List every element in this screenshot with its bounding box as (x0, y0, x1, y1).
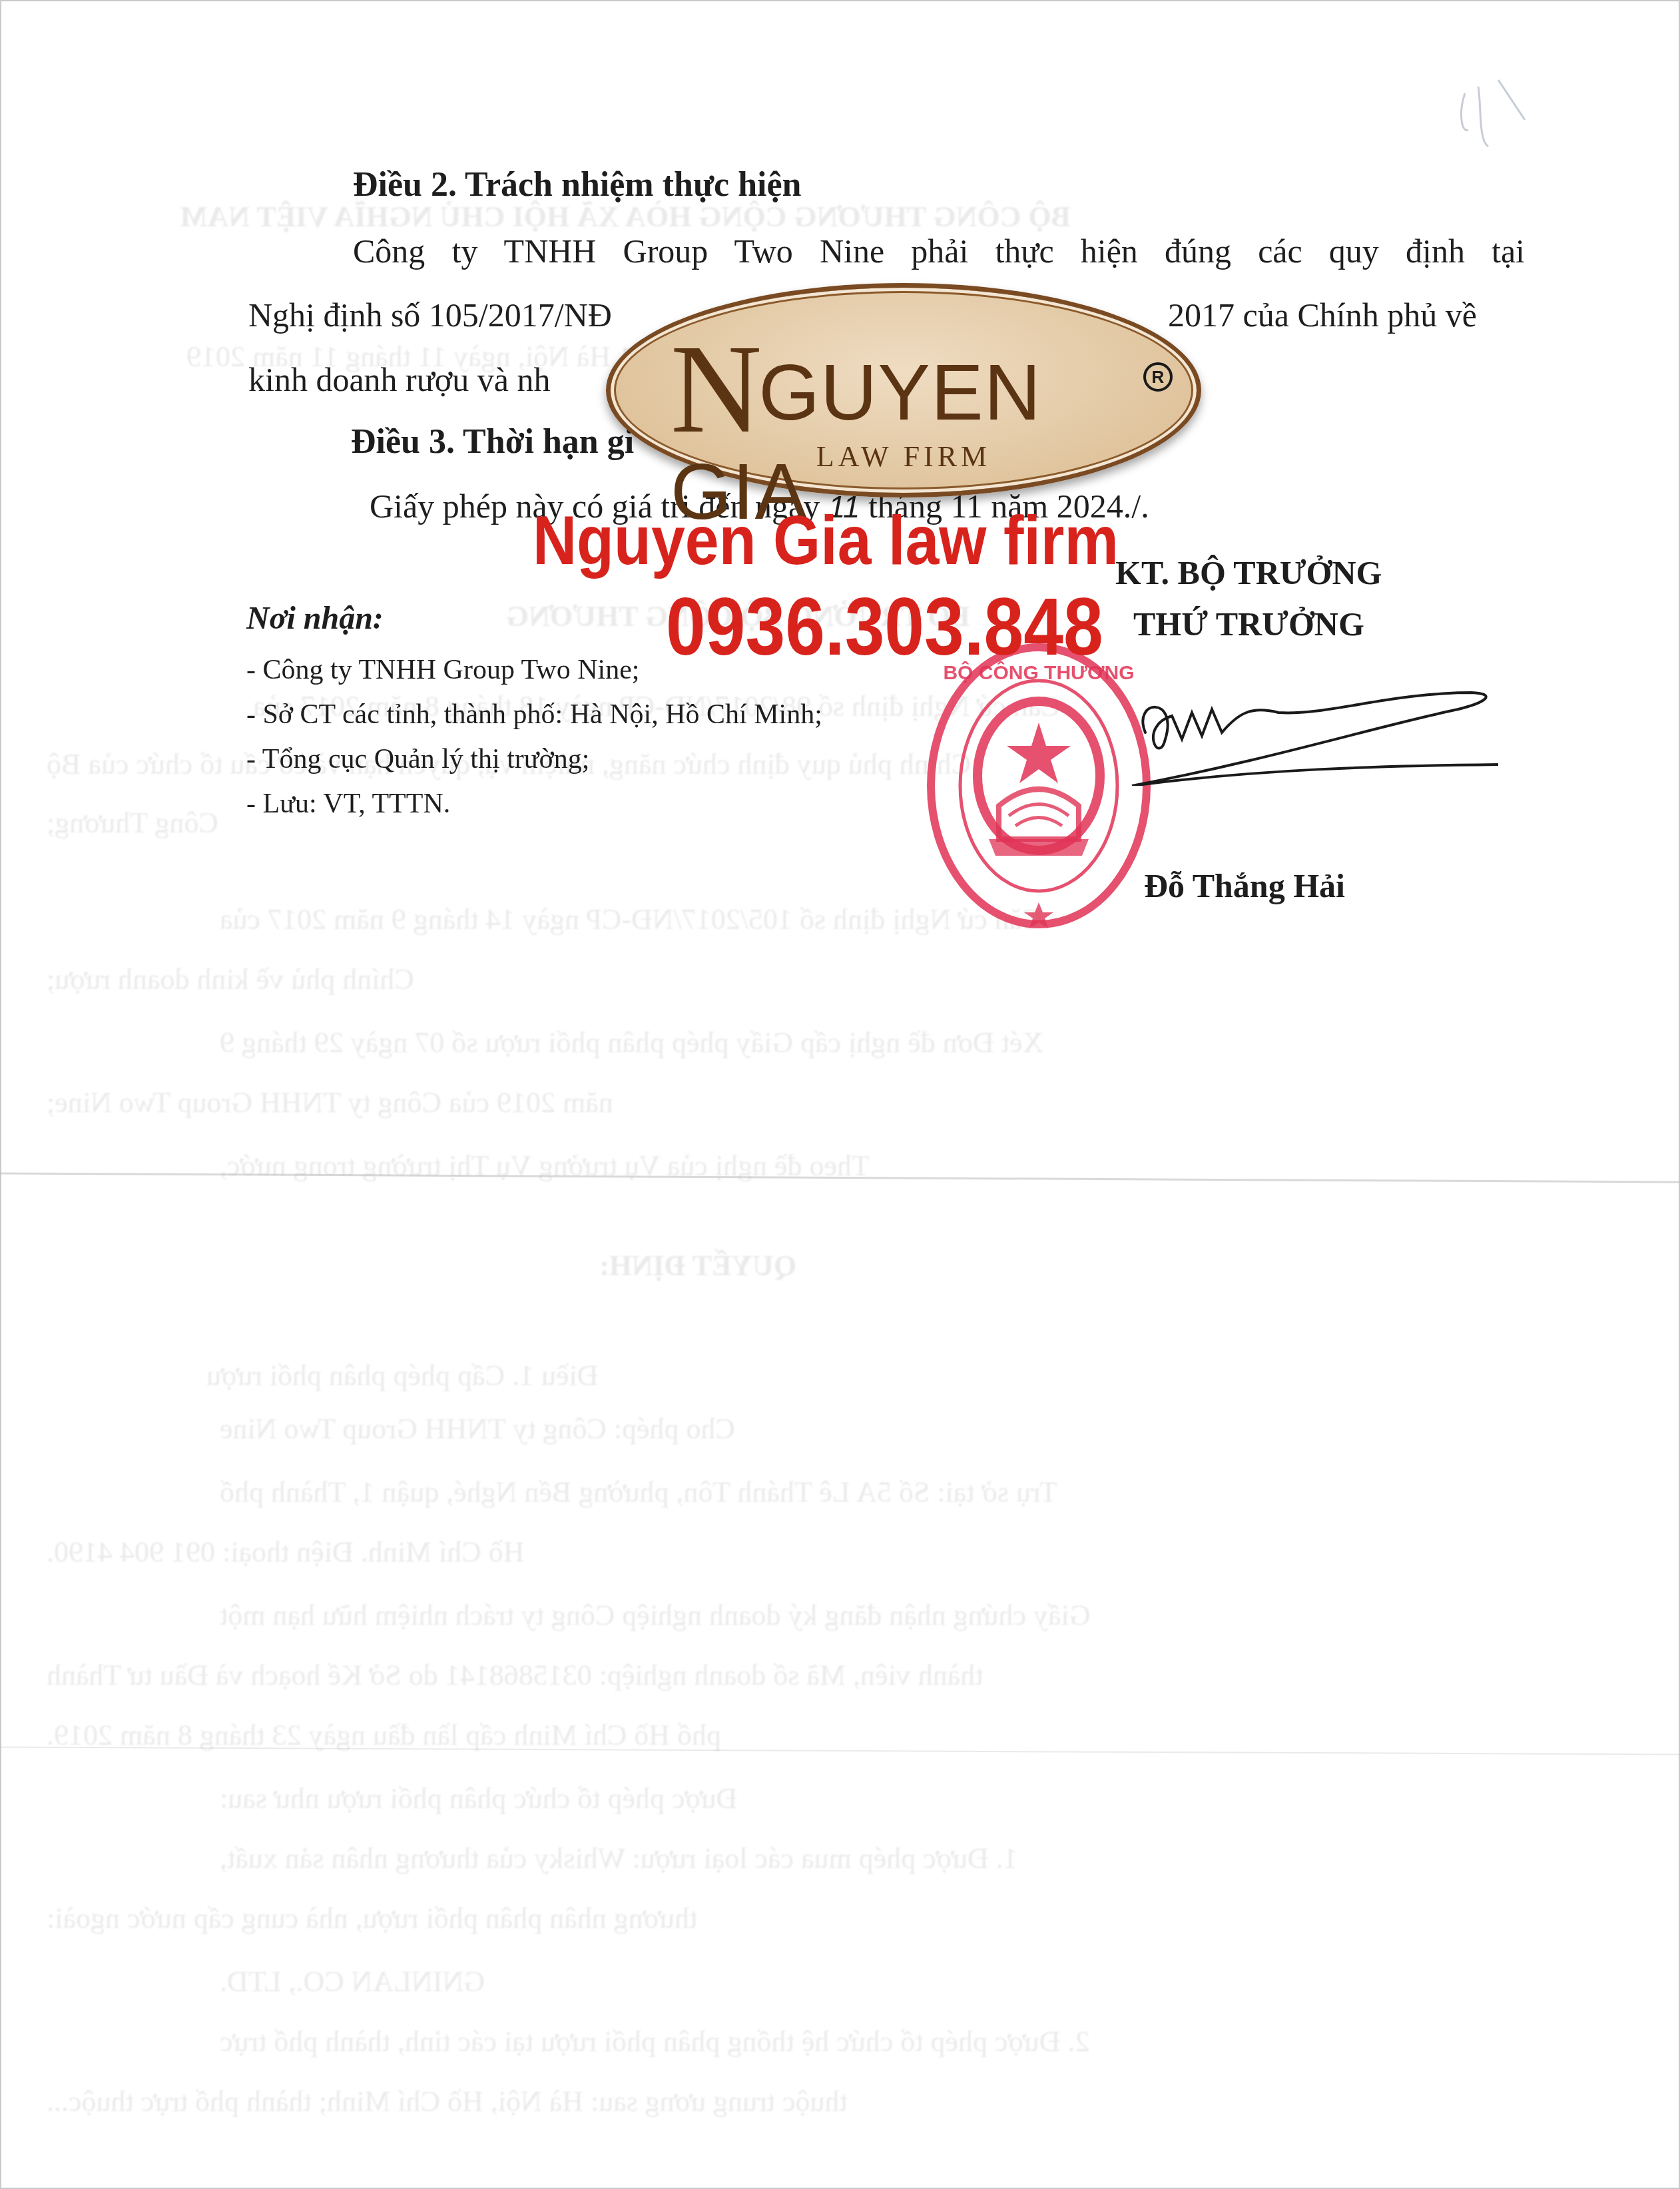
ghost-line: năm 2019 của Công ty TNHH Group Two Nine… (47, 1086, 613, 1119)
ghost-line: Chính phủ về kinh doanh rượu; (47, 962, 414, 996)
ghost-line: Cho phép: Công ty TNHH Group Two Nine (220, 1412, 735, 1446)
recipients-title: Nơi nhận: (246, 603, 384, 635)
watermark-firm-name: Nguyen Gia law firm (533, 506, 1119, 575)
article-2-line-3: kinh doanh rượu và nh (248, 363, 550, 396)
nguyen-gia-logo: NGUYEN GIA R LAW FIRM (606, 283, 1201, 497)
article-2-line-2b: 2017 của Chính phủ về (1168, 298, 1477, 332)
ghost-line: BỘ CÔNG THƯƠNG CỘNG HÒA XÃ HỘI CHỦ NGHĨA… (180, 200, 1071, 234)
ghost-line: GNINLAN CO., LTD. (220, 1965, 485, 1999)
recipient-item: - Công ty TNHH Group Two Nine; (246, 656, 639, 684)
official-seal-icon: BỘ CÔNG THƯƠNG (926, 639, 1152, 932)
ghost-line: Được phép tổ chức phân phối rượu như sau… (220, 1781, 737, 1815)
ghost-line: 2. Được phép tổ chức hệ thống phân phối … (220, 2025, 1089, 2058)
logo-subtitle: LAW FIRM (611, 440, 1197, 473)
ghost-line: Công Thương; (47, 806, 218, 840)
pencil-scribble-icon (1452, 67, 1532, 153)
article-2-line-2a: Nghị định số 105/2017/NĐ (248, 298, 612, 332)
logo-initial-with-scales-icon: N (671, 320, 762, 460)
ghost-line: Điều 1. Cấp phép phân phối rượu (206, 1359, 598, 1393)
recipient-item: - Sở CT các tỉnh, thành phố: Hà Nội, Hồ … (246, 701, 822, 729)
ghost-line: thương nhân phân phối rượu, nhà cung cấp… (47, 1901, 697, 1935)
ghost-line: thuộc trung ương sau: Hà Nội, Hồ Chí Min… (47, 2084, 848, 2118)
handwritten-signature-icon (1125, 686, 1498, 786)
article-3-heading: Điều 3. Thời hạn gi (351, 425, 634, 460)
ghost-line: Hồ Chí Minh. Điện thoại: 091 904 4190. (47, 1535, 524, 1569)
fold-line (0, 1172, 1680, 1183)
ghost-line: thành viên, Mã số doanh nghiệp: 03158681… (47, 1658, 983, 1692)
signature-title-2: THỨ TRƯỞNG (1133, 607, 1364, 641)
ghost-line: Căn cứ Nghị định số 105/2017/NĐ-CP ngày … (220, 902, 1042, 936)
ghost-line: 1. Được phép mua các loại rượu: Whisky c… (220, 1841, 1018, 1875)
ghost-line: Giấy chứng nhận đăng ký doanh nghiệp Côn… (220, 1598, 1091, 1632)
signer-name: Đỗ Thắng Hải (1144, 869, 1345, 902)
registered-trademark-icon: R (1143, 362, 1173, 392)
fold-line (0, 1746, 1680, 1755)
recipient-item: - Tổng cục Quản lý thị trường; (246, 745, 589, 773)
article-2-line-1: Công ty TNHH Group Two Nine phải thực hi… (353, 234, 1525, 268)
logo-name: NGUYEN GIA (671, 326, 1163, 531)
recipient-item: - Lưu: VT, TTTN. (246, 790, 450, 818)
ghost-line: QUYẾT ĐỊNH: (599, 1249, 796, 1283)
ghost-line: Xét Đơn đề nghị cấp Giấy phép phân phối … (220, 1026, 1043, 1060)
ghost-line: Trụ sở tại: Số 5A Lê Thánh Tôn, phường B… (220, 1475, 1057, 1509)
signature-title-1: KT. BỘ TRƯỞNG (1115, 556, 1382, 589)
watermark-phone: 0936.303.848 (666, 586, 1103, 667)
article-2-heading: Điều 2. Trách nhiệm thực hiện (353, 168, 802, 202)
